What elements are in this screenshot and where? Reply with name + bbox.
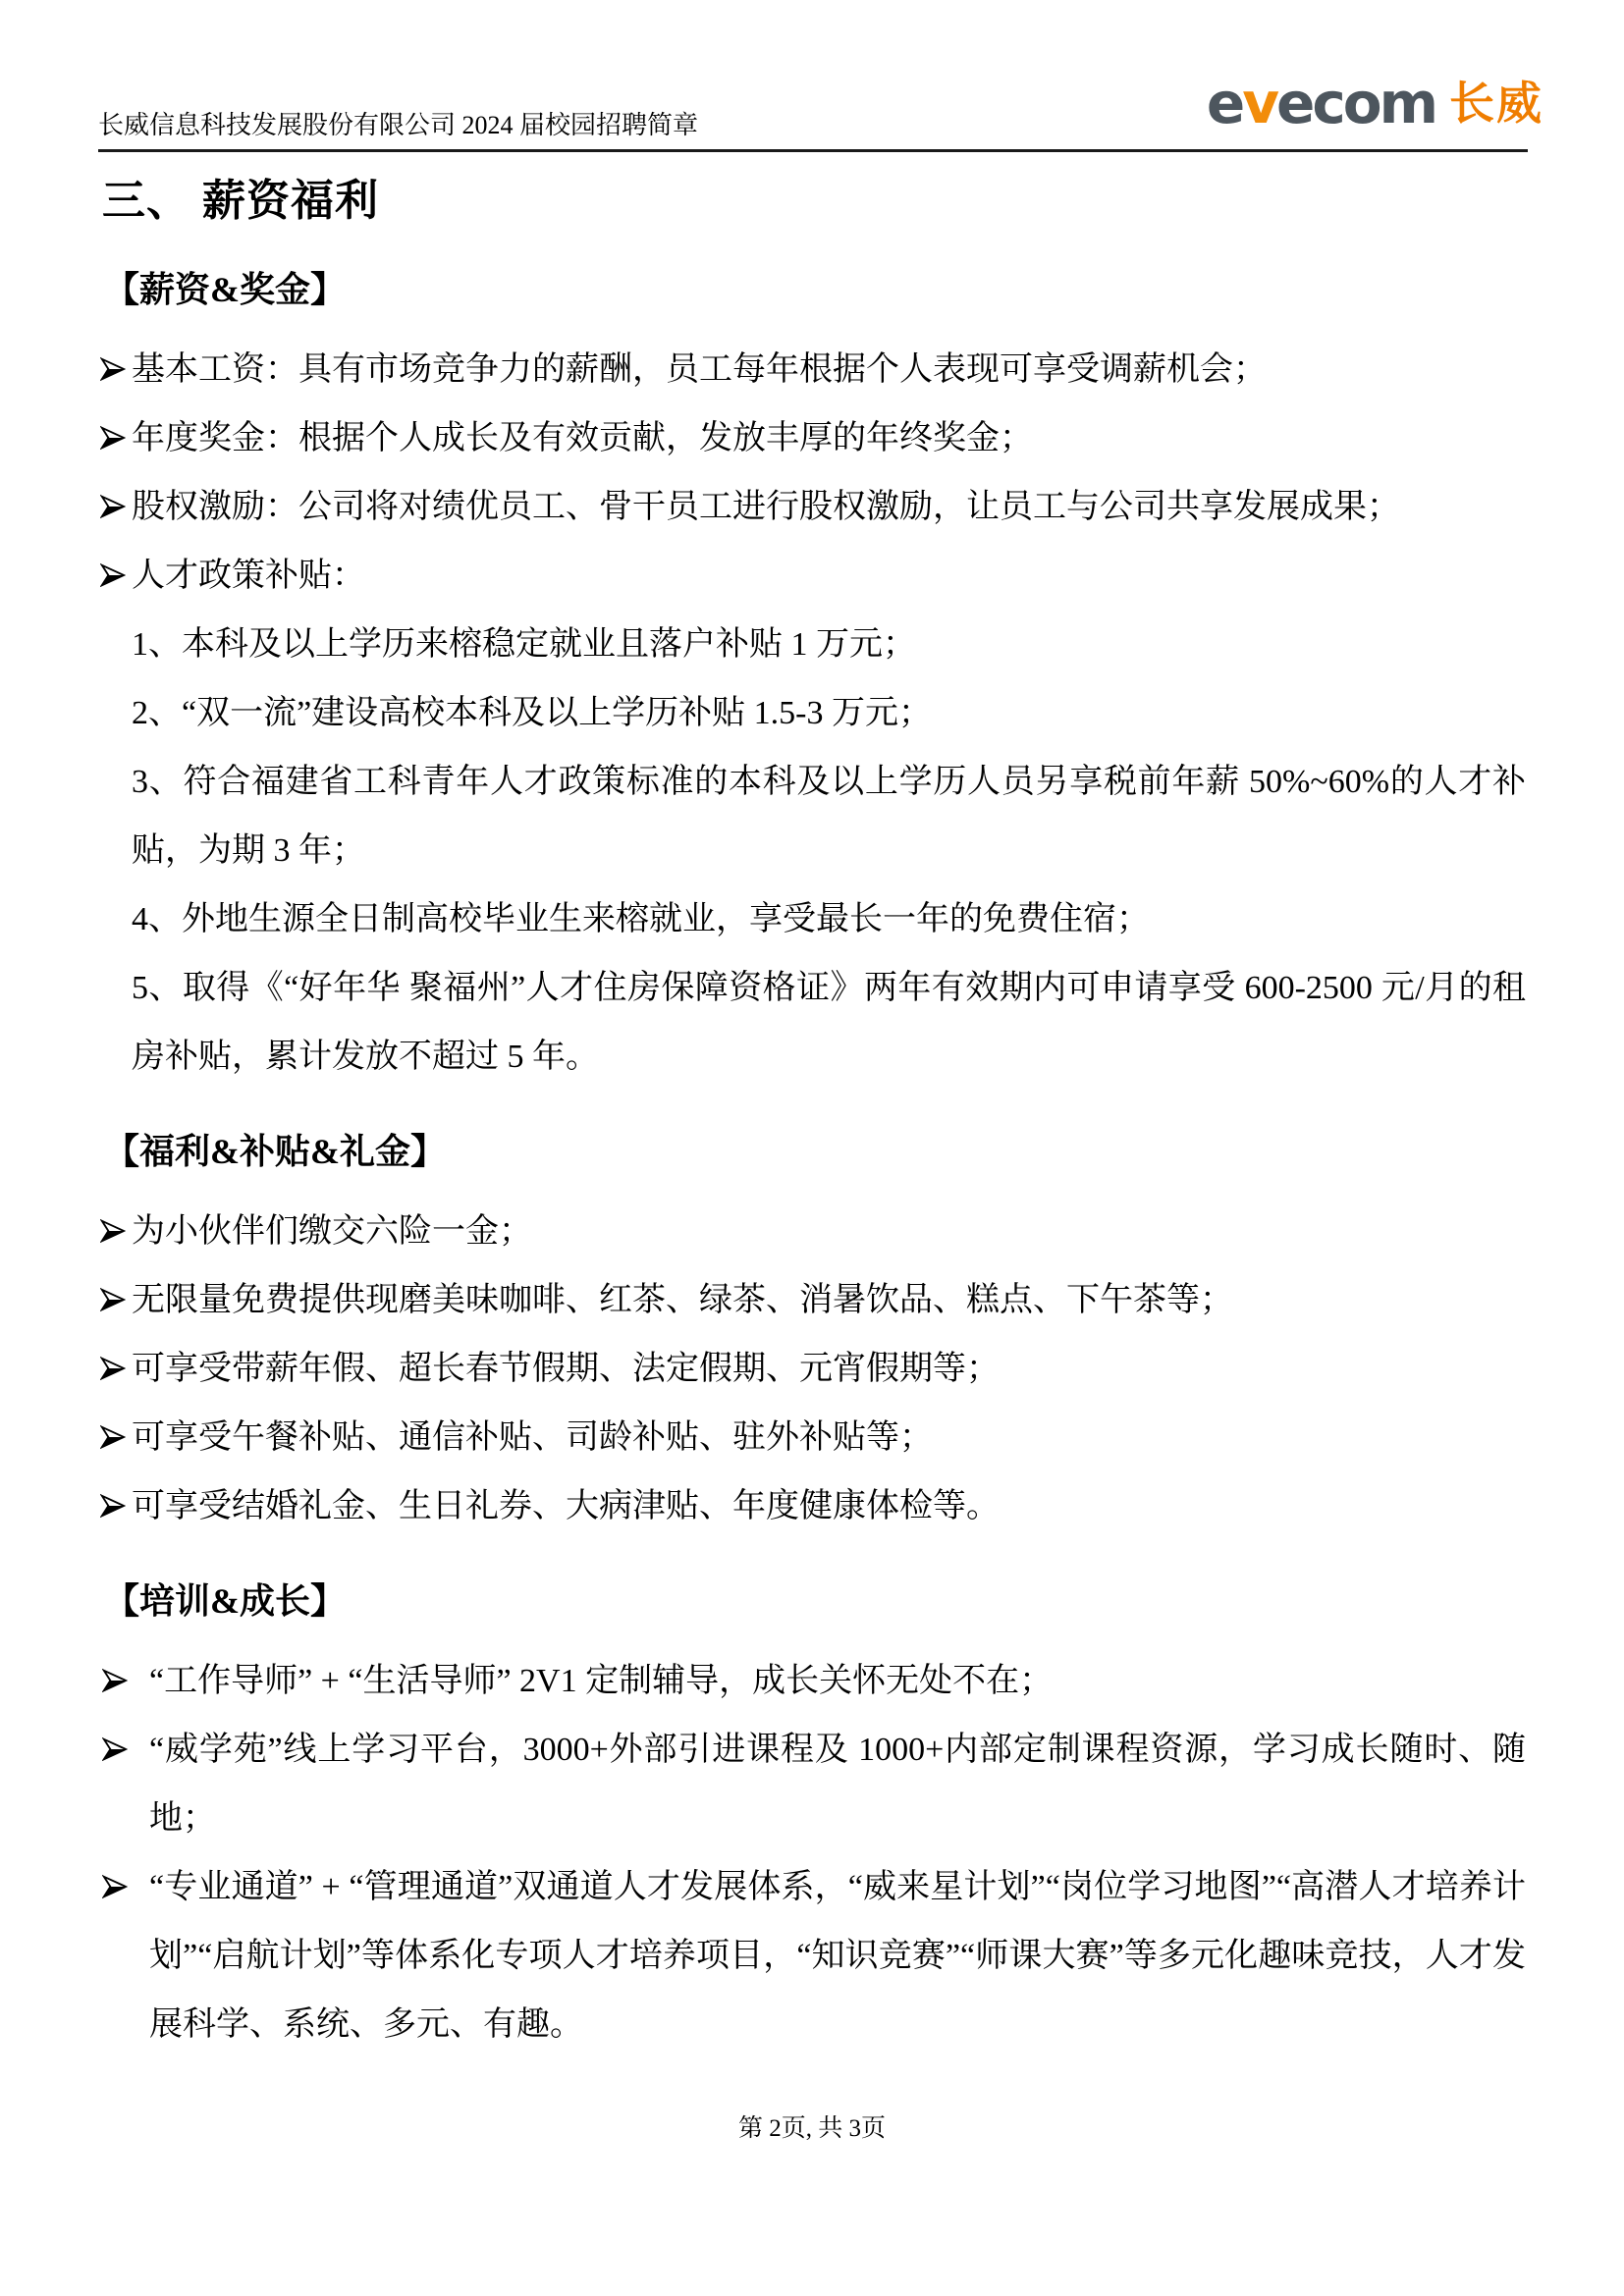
- bullet-item: 可享受带薪年假、超长春节假期、法定假期、元宵假期等；: [98, 1335, 1526, 1404]
- arrow-bullet-icon: [102, 1874, 128, 1899]
- arrow-bullet-icon: [100, 1287, 126, 1312]
- sub-text: 5、取得《“好年华 聚福州”人才住房保障资格证》两年有效期内可申请享受 600-…: [132, 970, 1526, 1075]
- company-logo: evecom 长威: [1207, 75, 1543, 132]
- sub-item: 4、外地生源全日制高校毕业生来榕就业，享受最长一年的免费住宿；: [132, 885, 1526, 954]
- arrow-bullet-icon: [100, 356, 126, 382]
- bullet-text: 股权激励：公司将对绩优员工、骨干员工进行股权激励，让员工与公司共享发展成果；: [132, 489, 1400, 525]
- sub-item: 3、符合福建省工科青年人才政策标准的本科及以上学历人员另享税前年薪 50%~60…: [132, 748, 1526, 885]
- sub-item: 2、“双一流”建设高校本科及以上学历补贴 1.5-3 万元；: [132, 679, 1526, 748]
- section-heading: 【福利&补贴&礼金】: [104, 1131, 1526, 1172]
- bullet-item: 年度奖金：根据个人成长及有效贡献，发放丰厚的年终奖金；: [98, 404, 1526, 473]
- sub-item: 5、取得《“好年华 聚福州”人才住房保障资格证》两年有效期内可申请享受 600-…: [132, 954, 1526, 1092]
- arrow-bullet-icon: [100, 425, 126, 451]
- bullet-item: “专业通道” + “管理通道”双通道人才发展体系，“威来星计划”“岗位学习地图”…: [98, 1853, 1526, 2059]
- arrow-bullet-icon: [100, 494, 126, 519]
- bullet-item: 可享受结婚礼金、生日礼券、大病津贴、年度健康体检等。: [98, 1472, 1526, 1541]
- arrow-bullet-icon: [100, 1424, 126, 1450]
- bullet-item: 人才政策补贴：: [98, 542, 1526, 611]
- bullet-text: “专业通道” + “管理通道”双通道人才发展体系，“威来星计划”“岗位学习地图”…: [149, 1869, 1526, 2043]
- bullet-text: 基本工资：具有市场竞争力的薪酬，员工每年根据个人表现可享受调薪机会；: [132, 351, 1267, 388]
- sub-text: 4、外地生源全日制高校毕业生来榕就业，享受最长一年的免费住宿；: [132, 901, 1150, 937]
- section-salary-bonus: 【薪资&奖金】 基本工资：具有市场竞争力的薪酬，员工每年根据个人表现可享受调薪机…: [98, 269, 1526, 1092]
- bullet-item: 为小伙伴们缴交六险一金；: [98, 1198, 1526, 1266]
- logo-letters-ecom: ecom: [1276, 70, 1435, 136]
- bullet-text: 无限量免费提供现磨美味咖啡、红茶、绿茶、消暑饮品、糕点、下午茶等；: [132, 1282, 1233, 1318]
- bullet-item: 基本工资：具有市场竞争力的薪酬，员工每年根据个人表现可享受调薪机会；: [98, 336, 1526, 404]
- arrow-bullet-icon: [100, 1493, 126, 1519]
- bullet-text: 人才政策补贴：: [132, 558, 365, 594]
- logo-latin-text: evecom: [1207, 75, 1435, 132]
- logo-letter-e: e: [1207, 70, 1242, 136]
- bullet-item: 可享受午餐补贴、通信补贴、司龄补贴、驻外补贴等；: [98, 1404, 1526, 1472]
- arrow-bullet-icon: [100, 562, 126, 588]
- page-number: 第 2页, 共 3页: [0, 2109, 1624, 2144]
- sub-text: 1、本科及以上学历来榕稳定就业且落户补贴 1 万元；: [132, 626, 916, 663]
- bullet-text: 为小伙伴们缴交六险一金；: [132, 1213, 532, 1250]
- sub-text: 2、“双一流”建设高校本科及以上学历补贴 1.5-3 万元；: [132, 695, 932, 731]
- bullet-text: “威学苑”线上学习平台，3000+外部引进课程及 1000+内部定制课程资源，学…: [149, 1732, 1526, 1837]
- bullet-item: 股权激励：公司将对绩优员工、骨干员工进行股权激励，让员工与公司共享发展成果；: [98, 473, 1526, 542]
- arrow-bullet-icon: [102, 1736, 128, 1762]
- header-title: 长威信息科技发展股份有限公司 2024 届校园招聘简章: [98, 110, 698, 141]
- sub-item: 1、本科及以上学历来榕稳定就业且落户补贴 1 万元；: [132, 611, 1526, 679]
- logo-chinese-text: 长威: [1449, 79, 1543, 128]
- bullet-text: 年度奖金：根据个人成长及有效贡献，发放丰厚的年终奖金；: [132, 420, 1033, 456]
- section-training-growth: 【培训&成长】 “工作导师” + “生活导师” 2V1 定制辅导，成长关怀无处不…: [98, 1580, 1526, 2059]
- arrow-bullet-icon: [100, 1356, 126, 1381]
- logo-letter-v: v: [1242, 70, 1276, 136]
- page-title: 三、 薪资福利: [102, 173, 1526, 230]
- section-heading: 【薪资&奖金】: [104, 269, 1526, 310]
- document-content: 三、 薪资福利 【薪资&奖金】 基本工资：具有市场竞争力的薪酬，员工每年根据个人…: [98, 173, 1526, 2059]
- bullet-item: “工作导师” + “生活导师” 2V1 定制辅导，成长关怀无处不在；: [98, 1647, 1526, 1716]
- bullet-text: 可享受结婚礼金、生日礼券、大病津贴、年度健康体检等。: [132, 1488, 1000, 1524]
- arrow-bullet-icon: [102, 1668, 128, 1693]
- arrow-bullet-icon: [100, 1218, 126, 1244]
- document-page: 长威信息科技发展股份有限公司 2024 届校园招聘简章 evecom 长威 三、…: [0, 0, 1624, 2296]
- header-divider: [98, 149, 1528, 152]
- section-welfare-subsidy: 【福利&补贴&礼金】 为小伙伴们缴交六险一金； 无限量免费提供现磨美味咖啡、红茶…: [98, 1131, 1526, 1541]
- bullet-text: “工作导师” + “生活导师” 2V1 定制辅导，成长关怀无处不在；: [149, 1663, 1053, 1699]
- bullet-text: 可享受带薪年假、超长春节假期、法定假期、元宵假期等；: [132, 1351, 1000, 1387]
- bullet-item: 无限量免费提供现磨美味咖啡、红茶、绿茶、消暑饮品、糕点、下午茶等；: [98, 1266, 1526, 1335]
- sub-text: 3、符合福建省工科青年人才政策标准的本科及以上学历人员另享税前年薪 50%~60…: [132, 764, 1526, 869]
- section-heading: 【培训&成长】: [104, 1580, 1526, 1622]
- bullet-item: “威学苑”线上学习平台，3000+外部引进课程及 1000+内部定制课程资源，学…: [98, 1716, 1526, 1853]
- bullet-text: 可享受午餐补贴、通信补贴、司龄补贴、驻外补贴等；: [132, 1419, 933, 1456]
